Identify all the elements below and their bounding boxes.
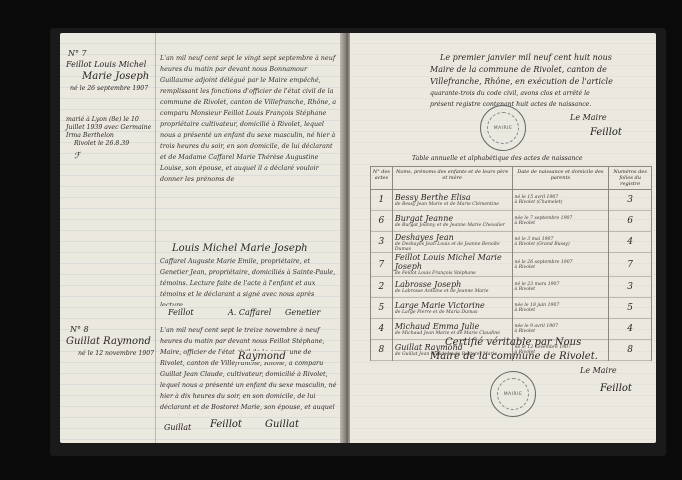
entry-7-margin-note-1: marié à Lyon (8e) le 10 (66, 116, 139, 123)
table-row: 3 Deshayes Jeande Deshayes Jean Louis et… (371, 232, 652, 253)
certification-line-1: Certifié véritable par Nous (445, 337, 581, 348)
col-act-number: N° des actes (371, 167, 393, 190)
closing-line-2: Maire de la commune de Rivolet, canton d… (430, 65, 607, 74)
entry-8-sig-1: Guillat (164, 423, 191, 432)
mairie-stamp-top: MAIRIE (480, 105, 526, 151)
entry-7-margin-name-2: Marie Joseph (82, 71, 149, 82)
col-folio: Numéros des folios du registre (609, 167, 652, 190)
table-row: 7 Feillot Louis Michel Marie Josephde Fe… (371, 253, 652, 277)
col-names: Noms, prénoms des enfants et de leurs pè… (392, 167, 512, 190)
margin-column (60, 33, 156, 443)
table-row: 1 Bessy Berthe Elisade Bessy Jean Marie … (371, 190, 652, 211)
table-row: 2 Labrosse Josephde Labrosse Antoine et … (371, 277, 652, 298)
entry-7-body-cont: Caffarel Auguste Marie Emile, propriétai… (160, 256, 338, 306)
entry-8-body: L'an mil neuf cent sept le treize novemb… (160, 325, 338, 415)
entry-7-given-names: Louis Michel Marie Joseph (172, 243, 308, 254)
closing-signature: Feillot (590, 127, 622, 138)
closing-line-1: Le premier janvier mil neuf cent huit no… (440, 53, 612, 62)
entry-7-sig-1: Feillot (168, 308, 194, 317)
closing-line-4: quarante-trois du code civil, avons clos… (430, 90, 590, 97)
footer-signature: Feillot (600, 383, 632, 394)
entry-7-margin-note-3: Irma Berthelon (66, 132, 114, 139)
entry-8-number: N° 8 (70, 325, 89, 334)
left-page: N° 7 Feillot Louis Michel Marie Joseph n… (60, 33, 344, 443)
certification-line-2: Maire de la commune de Rivolet. (430, 351, 598, 362)
entry-8-given-names: Raymond (235, 351, 289, 362)
closing-line-3: Villefranche, Rhône, en exécution de l'a… (430, 77, 613, 86)
entry-7-body: L'an mil neuf cent sept le vingt sept se… (160, 53, 338, 245)
entry-8-margin-birth: né le 12 novembre 1907 (78, 350, 154, 357)
closing-signature-title: Le Maire (570, 113, 607, 122)
footer-signature-title: Le Maire (580, 366, 617, 375)
entry-8-sig-2: Feillot (210, 419, 242, 430)
right-page: Le premier janvier mil neuf cent huit no… (350, 33, 656, 443)
entry-7-margin-birth: né le 26 septembre 1907 (70, 85, 148, 92)
entry-7-margin-note-2: Juillet 1939 avec Germaine (66, 124, 151, 131)
entry-8-margin-name: Guillat Raymond (66, 336, 151, 347)
col-birth-date: Date de naissance et domicile des parent… (512, 167, 609, 190)
margin-signature-mark: ℱ (73, 151, 80, 161)
entry-8-sig-3: Guillat (265, 419, 299, 430)
table-row: 6 Burgat Jeannede Burgat Joanny et de Je… (371, 211, 652, 232)
entry-7-number: N° 7 (68, 49, 87, 58)
entry-7-sig-3: Genetier (285, 308, 320, 317)
table-title: Table annuelle et alphabétique des actes… (412, 155, 582, 162)
table-row: 5 Large Marie Victorinede Large Pierre e… (371, 298, 652, 319)
birth-index-table: N° des actes Noms, prénoms des enfants e… (370, 166, 652, 361)
entry-7-margin-note-4: Rivolet le 26.8.39 (74, 140, 129, 147)
entry-7-sig-2: A. Caffarel (228, 308, 271, 317)
entry-7-margin-name: Feillot Louis Michel (66, 60, 146, 69)
mairie-stamp-bottom: MAIRIE (490, 371, 536, 417)
